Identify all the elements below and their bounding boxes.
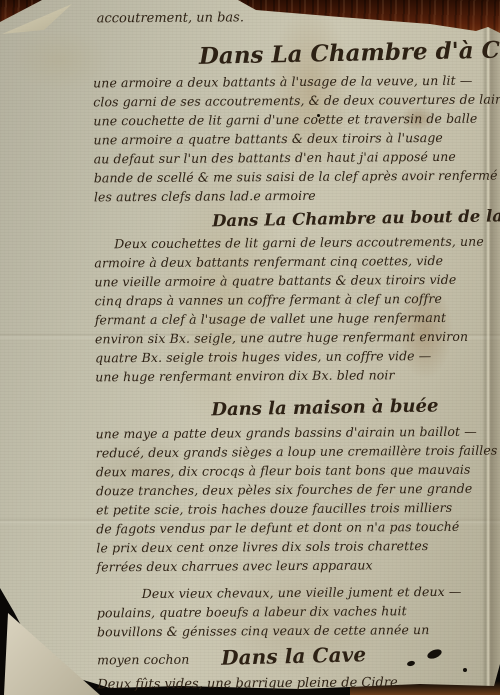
manuscript-line: ferrées deux charrues avec leurs apparau… [96,555,488,577]
manuscript-line: Deux vieux chevaux, une vieille jument e… [97,582,489,604]
ink-blot [463,668,467,672]
paragraph-livestock: Deux vieux chevaux, une vieille jument e… [97,582,490,674]
paragraph-chambre-au-bout: Deux couchettes de lit garni de leurs ac… [94,232,487,387]
paragraph-chambre-a-cote: une armoire a deux battants à l'usage de… [93,71,486,207]
manuscript-text-layer: accoutrement, un bas. Dans La Chambre d'… [93,7,490,695]
marginalia-line: accoutrement, un bas. [93,7,485,30]
ink-blot [317,114,320,117]
section-heading-cave: Dans la Cave [221,638,367,674]
manuscript-line: Deux fûts vides, une barrique pleine de … [97,673,489,695]
section-heading-chambre-a-cote: Dans La Chambre d'à Côté [93,34,486,76]
manuscript-line: moyen cochon [97,652,189,668]
manuscript-line: les autres clefs dans lad.e armoire [94,185,486,207]
manuscript-photo: accoutrement, un bas. Dans La Chambre d'… [0,0,500,695]
manuscript-line: quatre Bx. seigle trois huges vides, un … [95,346,487,368]
manuscript-line: bande de scellé & me suis saisi de la cl… [94,166,486,188]
paragraph-maison-a-buee: une maye a patte deux grands bassins d'a… [96,422,489,577]
manuscript-line: une huge renfermant environ dix Bx. bled… [95,365,487,387]
manuscript-line: de fagots vendus par le defunt et dont o… [96,517,488,539]
